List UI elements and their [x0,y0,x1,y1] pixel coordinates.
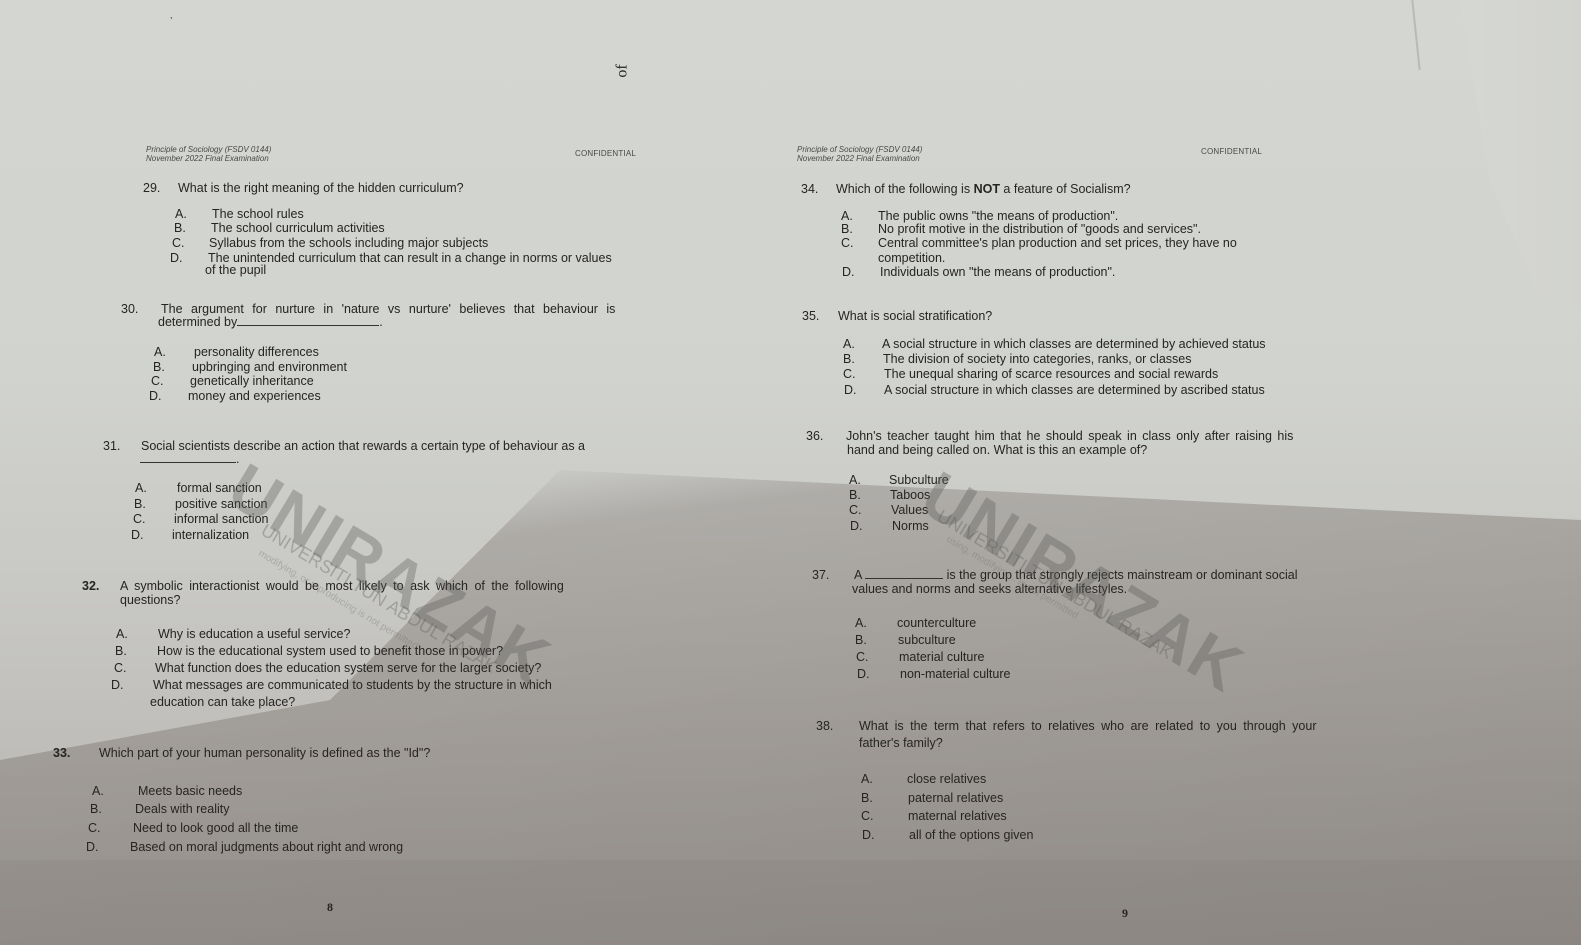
exam-title: November 2022 Final Examination [146,154,271,163]
question-number: 34. [801,182,818,196]
question-31-stem-2: . [140,452,239,466]
question-37-stem-2: values and norms and seeks alternative l… [852,582,1127,596]
question-stem: Which part of your human personality is … [99,746,430,760]
question-stem: John's teacher taught him that he should… [846,429,1293,443]
question-number: 33. [53,746,70,760]
question-stem: Social scientists describe an action tha… [141,439,585,453]
question-number: 31. [103,439,120,453]
answer-blank [865,578,943,579]
question-number: 35. [802,309,819,323]
question-number: 38. [816,719,833,733]
page-header: Principle of Sociology (FSDV 0144) Novem… [146,145,271,163]
option-29-d-cont: of the pupil [205,263,266,277]
page-header: Principle of Sociology (FSDV 0144) Novem… [797,145,922,163]
answer-blank [140,462,236,463]
handwritten-tick: , [170,10,173,20]
question-number: 30. [121,302,138,316]
question-stem: What is the term that refers to relative… [859,719,1316,733]
emphasis-not: NOT [974,182,1000,196]
question-number: 29. [143,181,160,195]
course-title: Principle of Sociology (FSDV 0144) [797,145,922,154]
page-number: 8 [327,900,333,915]
question-number: 32. [82,579,99,593]
confidential-label: CONFIDENTIAL [1201,147,1262,156]
question-36-stem-2: hand and being called on. What is this a… [847,443,1147,457]
page-number: 9 [1122,906,1128,921]
confidential-label: CONFIDENTIAL [575,149,636,158]
question-number: 37. [812,568,829,582]
question-stem: The argument for nurture in 'nature vs n… [161,302,615,316]
handwritten-mark: of [614,64,632,77]
course-title: Principle of Sociology (FSDV 0144) [146,145,271,154]
question-30-stem-2: determined by. [158,315,383,329]
question-stem: What is the right meaning of the hidden … [178,181,464,195]
question-38-stem-2: father's family? [859,736,943,750]
question-stem: What is social stratification? [838,309,992,323]
option-32-d-cont: education can take place? [150,695,295,709]
question-32-stem-2: questions? [120,593,180,607]
option-34-c-cont: competition. [878,251,945,265]
question-stem: Which of the following is NOT a feature … [836,182,1131,196]
exam-title: November 2022 Final Examination [797,154,922,163]
question-stem: A symbolic interactionist would be most … [120,579,564,593]
answer-blank [237,325,379,326]
question-stem: A is the group that strongly rejects mai… [854,568,1297,582]
question-number: 36. [806,429,823,443]
